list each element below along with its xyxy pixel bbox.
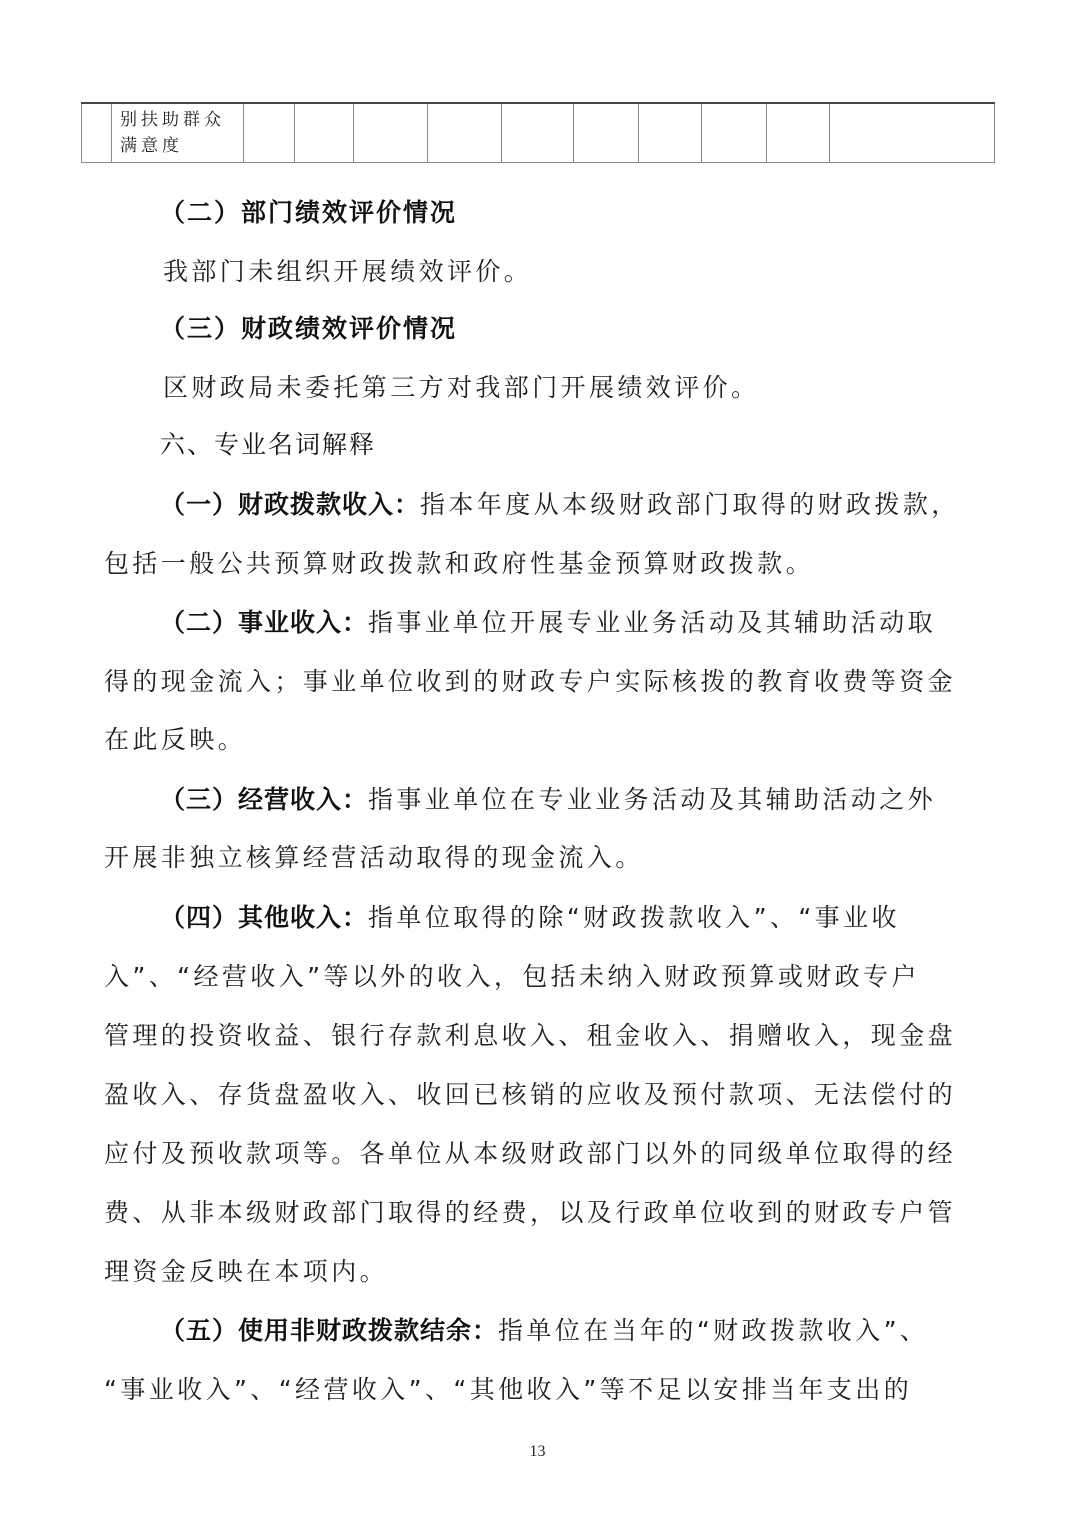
indicator-label-line1: 别扶助群众 <box>112 107 243 133</box>
section-heading-dept-eval: （二）部门绩效评价情况 <box>160 193 457 229</box>
glossary-definition: 指单位在当年的“财政拨款收入”、 <box>498 1316 928 1345</box>
table-cell <box>244 103 295 163</box>
glossary-item-2-line-2: 得的现金流入；事业单位收到的财政专户实际核拨的教育收费等资金 <box>104 662 956 698</box>
glossary-term: （二）事业收入： <box>160 608 368 637</box>
glossary-item-3-line-2: 开展非独立核算经营活动取得的现金流入。 <box>104 838 644 874</box>
section-heading-glossary: 六、专业名词解释 <box>160 425 376 461</box>
table-cell <box>574 103 639 163</box>
table-cell <box>767 103 830 163</box>
table-cell <box>639 103 702 163</box>
glossary-definition: 指事业单位开展专业业务活动及其辅助活动取 <box>368 608 936 637</box>
paragraph-fiscal-eval: 区财政局未委托第三方对我部门开展绩效评价。 <box>163 368 759 404</box>
glossary-item-2-line-3: 在此反映。 <box>104 720 246 756</box>
glossary-definition: 指事业单位在专业业务活动及其辅助活动之外 <box>368 785 936 814</box>
glossary-item-1-line-1: （一）财政拨款收入：指本年度从本级财政部门取得的财政拨款， <box>160 485 960 521</box>
table-cell-index <box>82 103 112 163</box>
table-cell <box>502 103 574 163</box>
glossary-item-3-line-1: （三）经营收入：指事业单位在专业业务活动及其辅助活动之外 <box>160 780 936 816</box>
glossary-item-4-line-5: 应付及预收款项等。各单位从本级财政部门以外的同级单位取得的经 <box>104 1134 956 1170</box>
table-row: 别扶助群众 满意度 <box>82 103 995 163</box>
glossary-item-1-line-2: 包括一般公共预算财政拨款和政府性基金预算财政拨款。 <box>104 544 814 580</box>
document-page: 别扶助群众 满意度 （二）部门绩效评价情况 我部门未组织开展绩效评价。 （三）财… <box>0 0 1075 1520</box>
glossary-item-4-line-2: 入”、“经营收入”等以外的收入，包括未纳入财政预算或财政专户 <box>104 957 920 993</box>
glossary-item-4-line-1: （四）其他收入：指单位取得的除“财政拨款收入”、“事业收 <box>160 898 900 934</box>
glossary-item-4-line-4: 盈收入、存货盘盈收入、收回已核销的应收及预付款项、无法偿付的 <box>104 1075 956 1111</box>
glossary-term: （五）使用非财政拨款结余： <box>160 1316 498 1345</box>
glossary-item-5-line-1: （五）使用非财政拨款结余：指单位在当年的“财政拨款收入”、 <box>160 1311 928 1347</box>
glossary-item-4-line-7: 理资金反映在本项内。 <box>104 1252 388 1288</box>
glossary-item-4-line-3: 管理的投资收益、银行存款利息收入、租金收入、捐赠收入，现金盘 <box>104 1016 956 1052</box>
table-cell <box>295 103 354 163</box>
table-cell <box>830 103 995 163</box>
glossary-term: （四）其他收入： <box>160 903 368 932</box>
section-heading-fiscal-eval: （三）财政绩效评价情况 <box>160 309 457 345</box>
glossary-definition: 指单位取得的除“财政拨款收入”、“事业收 <box>368 903 900 932</box>
table-cell <box>702 103 767 163</box>
page-number: 13 <box>0 1443 1075 1461</box>
glossary-item-4-line-6: 费、从非本级财政部门取得的经费，以及行政单位收到的财政专户管 <box>104 1193 956 1229</box>
glossary-definition: 指本年度从本级财政部门取得的财政拨款， <box>420 490 960 519</box>
table-cell <box>354 103 428 163</box>
glossary-term: （一）财政拨款收入： <box>160 490 420 519</box>
indicator-label-line2: 满意度 <box>112 133 243 159</box>
glossary-term: （三）经营收入： <box>160 785 368 814</box>
glossary-item-5-line-2: “事业收入”、“经营收入”、“其他收入”等不足以安排当年支出的 <box>104 1370 912 1406</box>
performance-table-fragment: 别扶助群众 满意度 <box>81 102 995 163</box>
table-cell <box>428 103 502 163</box>
glossary-item-2-line-1: （二）事业收入：指事业单位开展专业业务活动及其辅助活动取 <box>160 603 936 639</box>
table-cell-indicator: 别扶助群众 满意度 <box>112 103 244 163</box>
paragraph-dept-eval: 我部门未组织开展绩效评价。 <box>163 252 532 288</box>
